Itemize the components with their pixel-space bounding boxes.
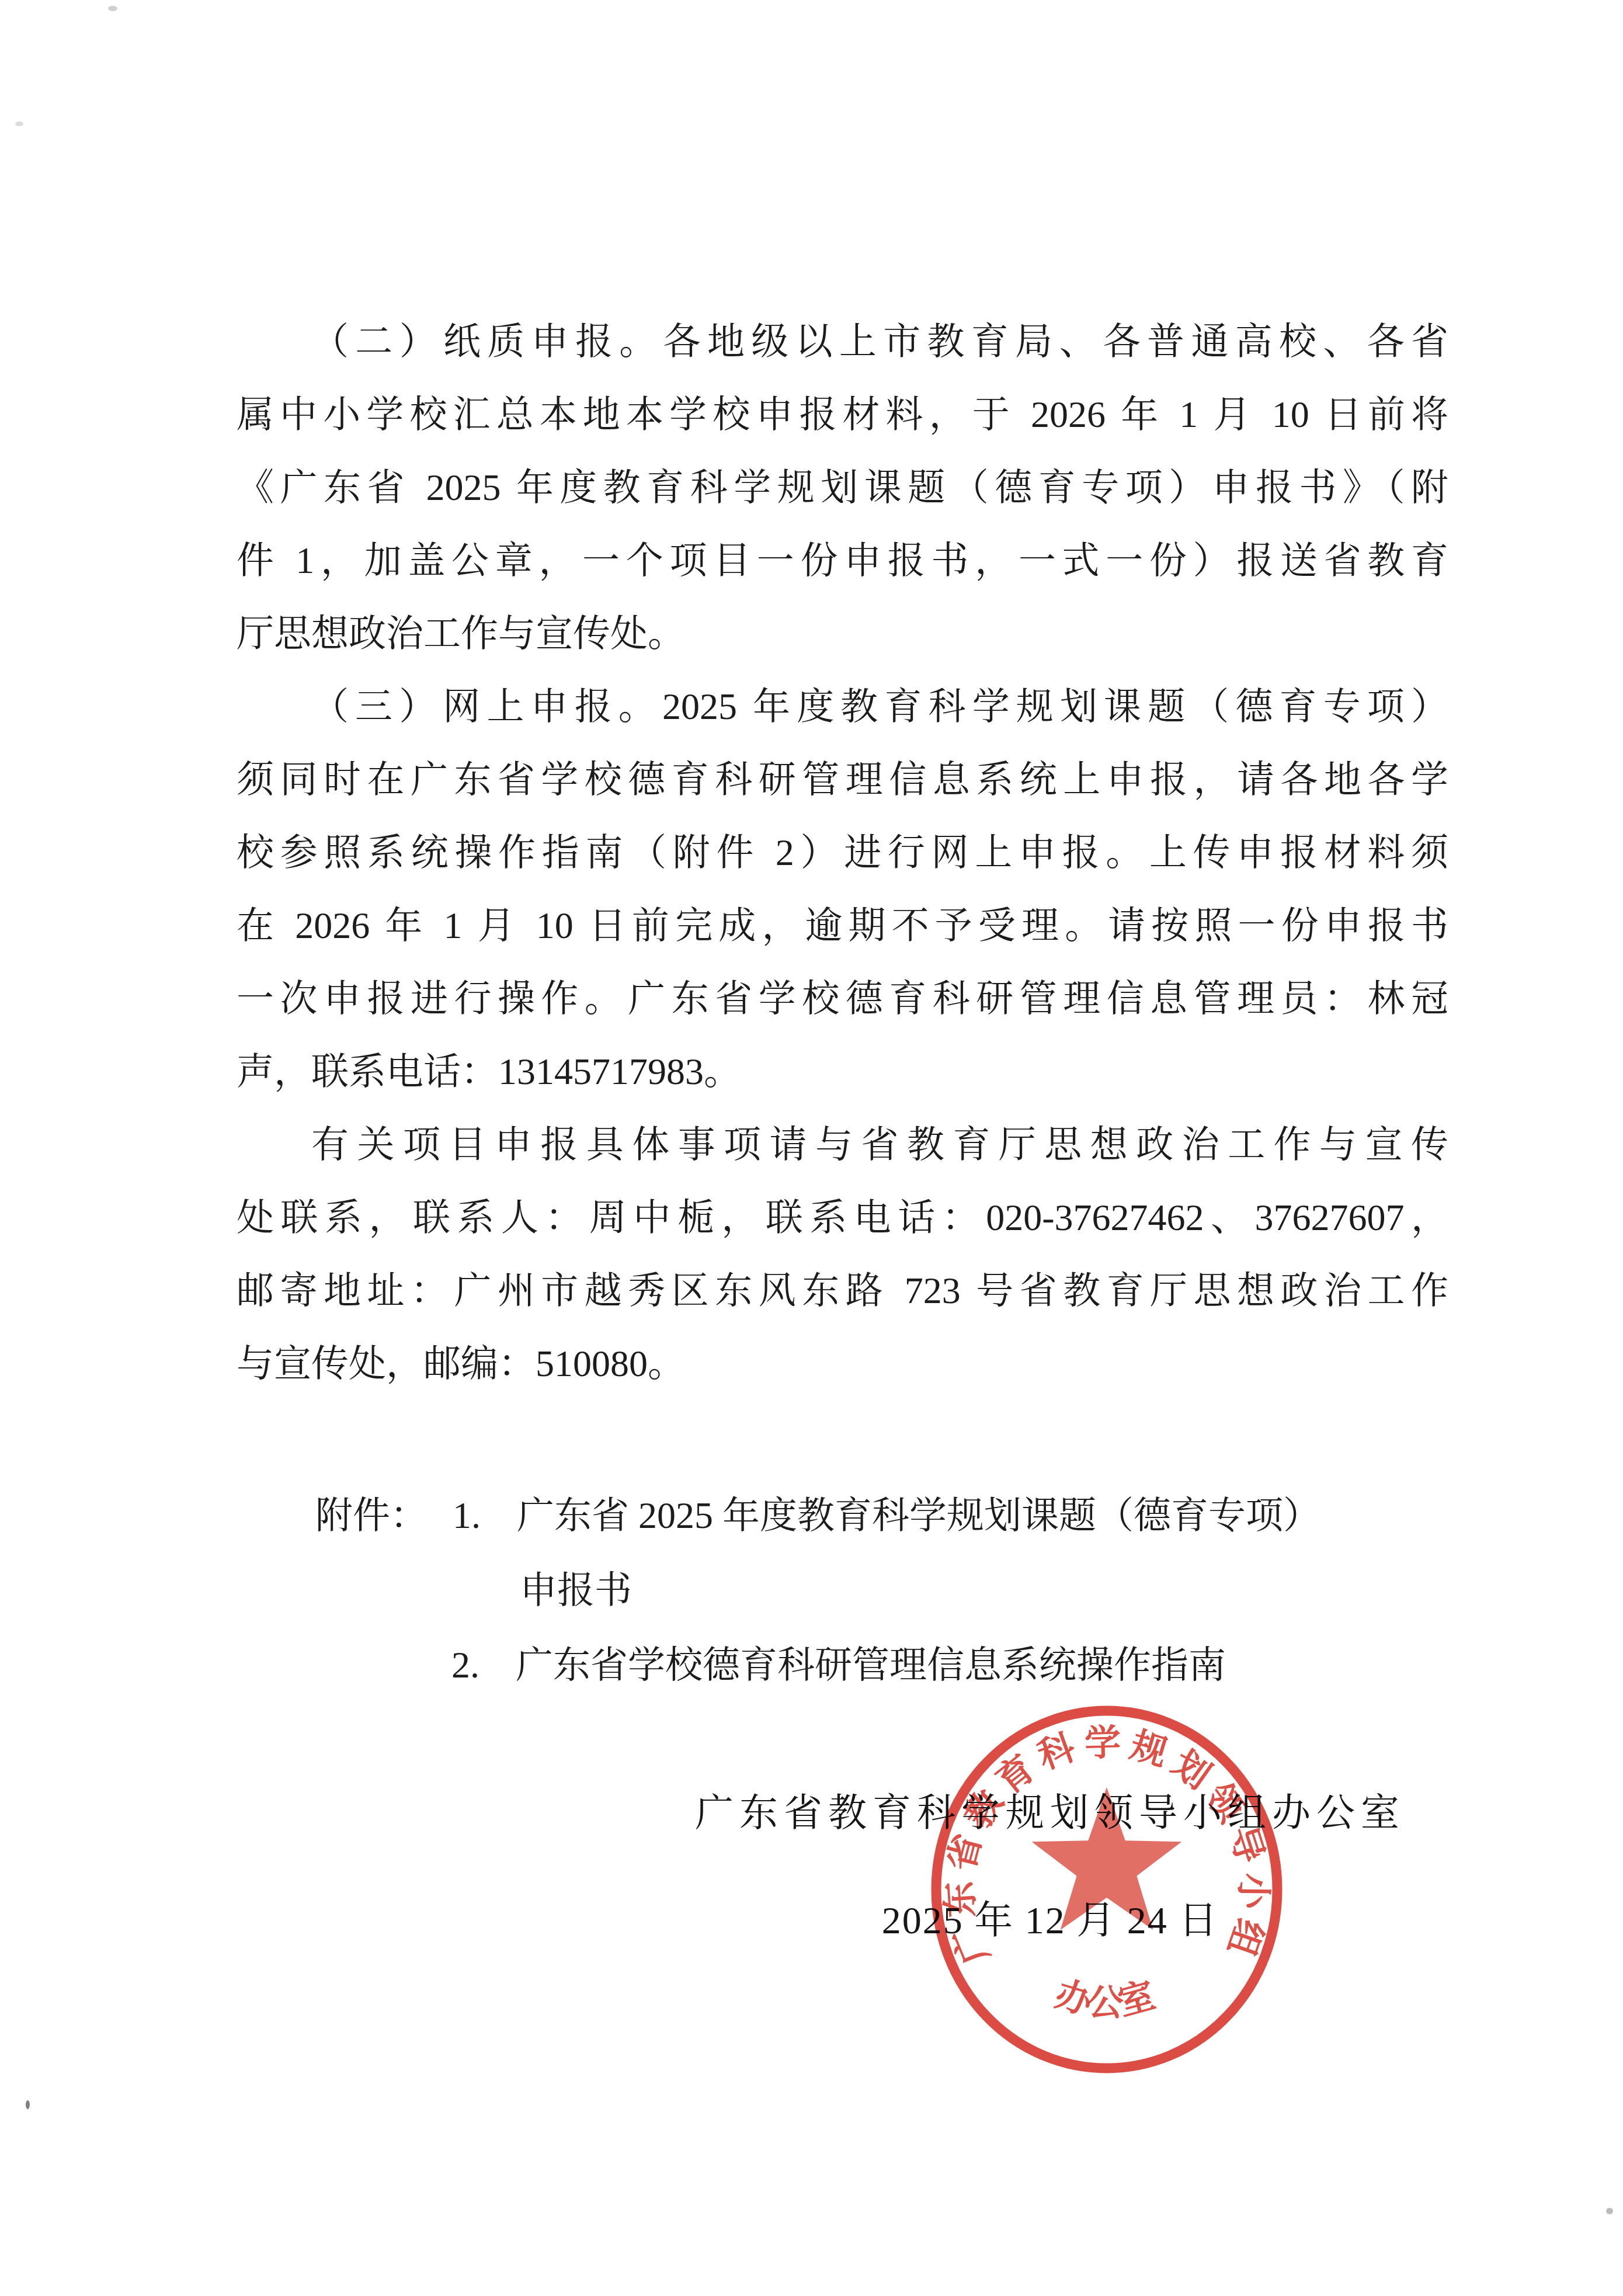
body-line: （二）纸质申报。各地级以上市教育局、各普通高校、各省 xyxy=(237,305,1448,378)
body-line: 在 2026 年 1 月 10 日前完成，逾期不予受理。请按照一份申报书 xyxy=(237,889,1448,962)
body-line: 件 1，加盖公章，一个项目一份申报书，一式一份）报送省教育 xyxy=(237,524,1448,597)
seal-star-icon xyxy=(1032,1787,1182,1930)
body-line: 须同时在广东省学校德育科研管理信息系统上申报，请各地各学 xyxy=(237,743,1448,816)
scan-artifact xyxy=(108,6,117,11)
attachments-block: 附件：1.广东省 2025 年度教育科学规划课题（德育专项） 申报书 2.广东省… xyxy=(237,1478,1448,1703)
body-line: 一次申报进行操作。广东省学校德育科研管理信息管理员：林冠 xyxy=(237,962,1448,1035)
body-line: 《广东省 2025 年度教育科学规划课题（德育专项）申报书》（附 xyxy=(237,451,1448,524)
attachment-title-continued: 申报书 xyxy=(520,1569,632,1611)
document-page: （二）纸质申报。各地级以上市教育局、各普通高校、各省属中小学校汇总本地本学校申报… xyxy=(0,0,1623,2296)
body-line: 有关项目申报具体事项请与省教育厅思想政治工作与宣传 xyxy=(237,1108,1448,1181)
body-line: 声，联系电话：13145717983。 xyxy=(237,1035,1448,1108)
attachment-number: 1. xyxy=(453,1495,481,1536)
attachments-label: 附件： xyxy=(315,1495,428,1536)
body-line: 处联系，联系人：周中栀，联系电话：020-37627462、37627607， xyxy=(237,1181,1448,1254)
body-line: 与宣传处，邮编：510080。 xyxy=(237,1327,1448,1400)
scan-artifact xyxy=(1606,2208,1613,2214)
body-text: （二）纸质申报。各地级以上市教育局、各普通高校、各省属中小学校汇总本地本学校申报… xyxy=(237,305,1448,1400)
attachment-title: 广东省 2025 年度教育科学规划课题（德育专项） xyxy=(517,1495,1320,1536)
attachment-title: 广东省学校德育科研管理信息系统操作指南 xyxy=(516,1644,1226,1686)
scan-artifact xyxy=(26,2100,30,2109)
body-line: 属中小学校汇总本地本学校申报材料，于 2026 年 1 月 10 日前将 xyxy=(237,378,1448,451)
seal-bottom-text: 办公室 xyxy=(1051,1974,1159,2023)
attachment-line: 申报书 xyxy=(237,1553,1448,1628)
body-line: 邮寄地址：广州市越秀区东风东路 723 号省教育厅思想政治工作 xyxy=(237,1254,1448,1327)
body-line: （三）网上申报。2025 年度教育科学规划课题（德育专项） xyxy=(237,670,1448,743)
scan-artifact xyxy=(15,121,23,126)
attachment-line: 2.广东省学校德育科研管理信息系统操作指南 xyxy=(237,1628,1448,1703)
attachment-line: 附件：1.广东省 2025 年度教育科学规划课题（德育专项） xyxy=(237,1478,1448,1553)
official-seal-stamp: 广东省教育科学规划领导小组 办公室 xyxy=(920,1697,1294,2082)
body-line: 校参照系统操作指南（附件 2）进行网上申报。上传申报材料须 xyxy=(237,816,1448,889)
attachment-number: 2. xyxy=(451,1644,479,1686)
body-line: 厅思想政治工作与宣传处。 xyxy=(237,597,1448,670)
